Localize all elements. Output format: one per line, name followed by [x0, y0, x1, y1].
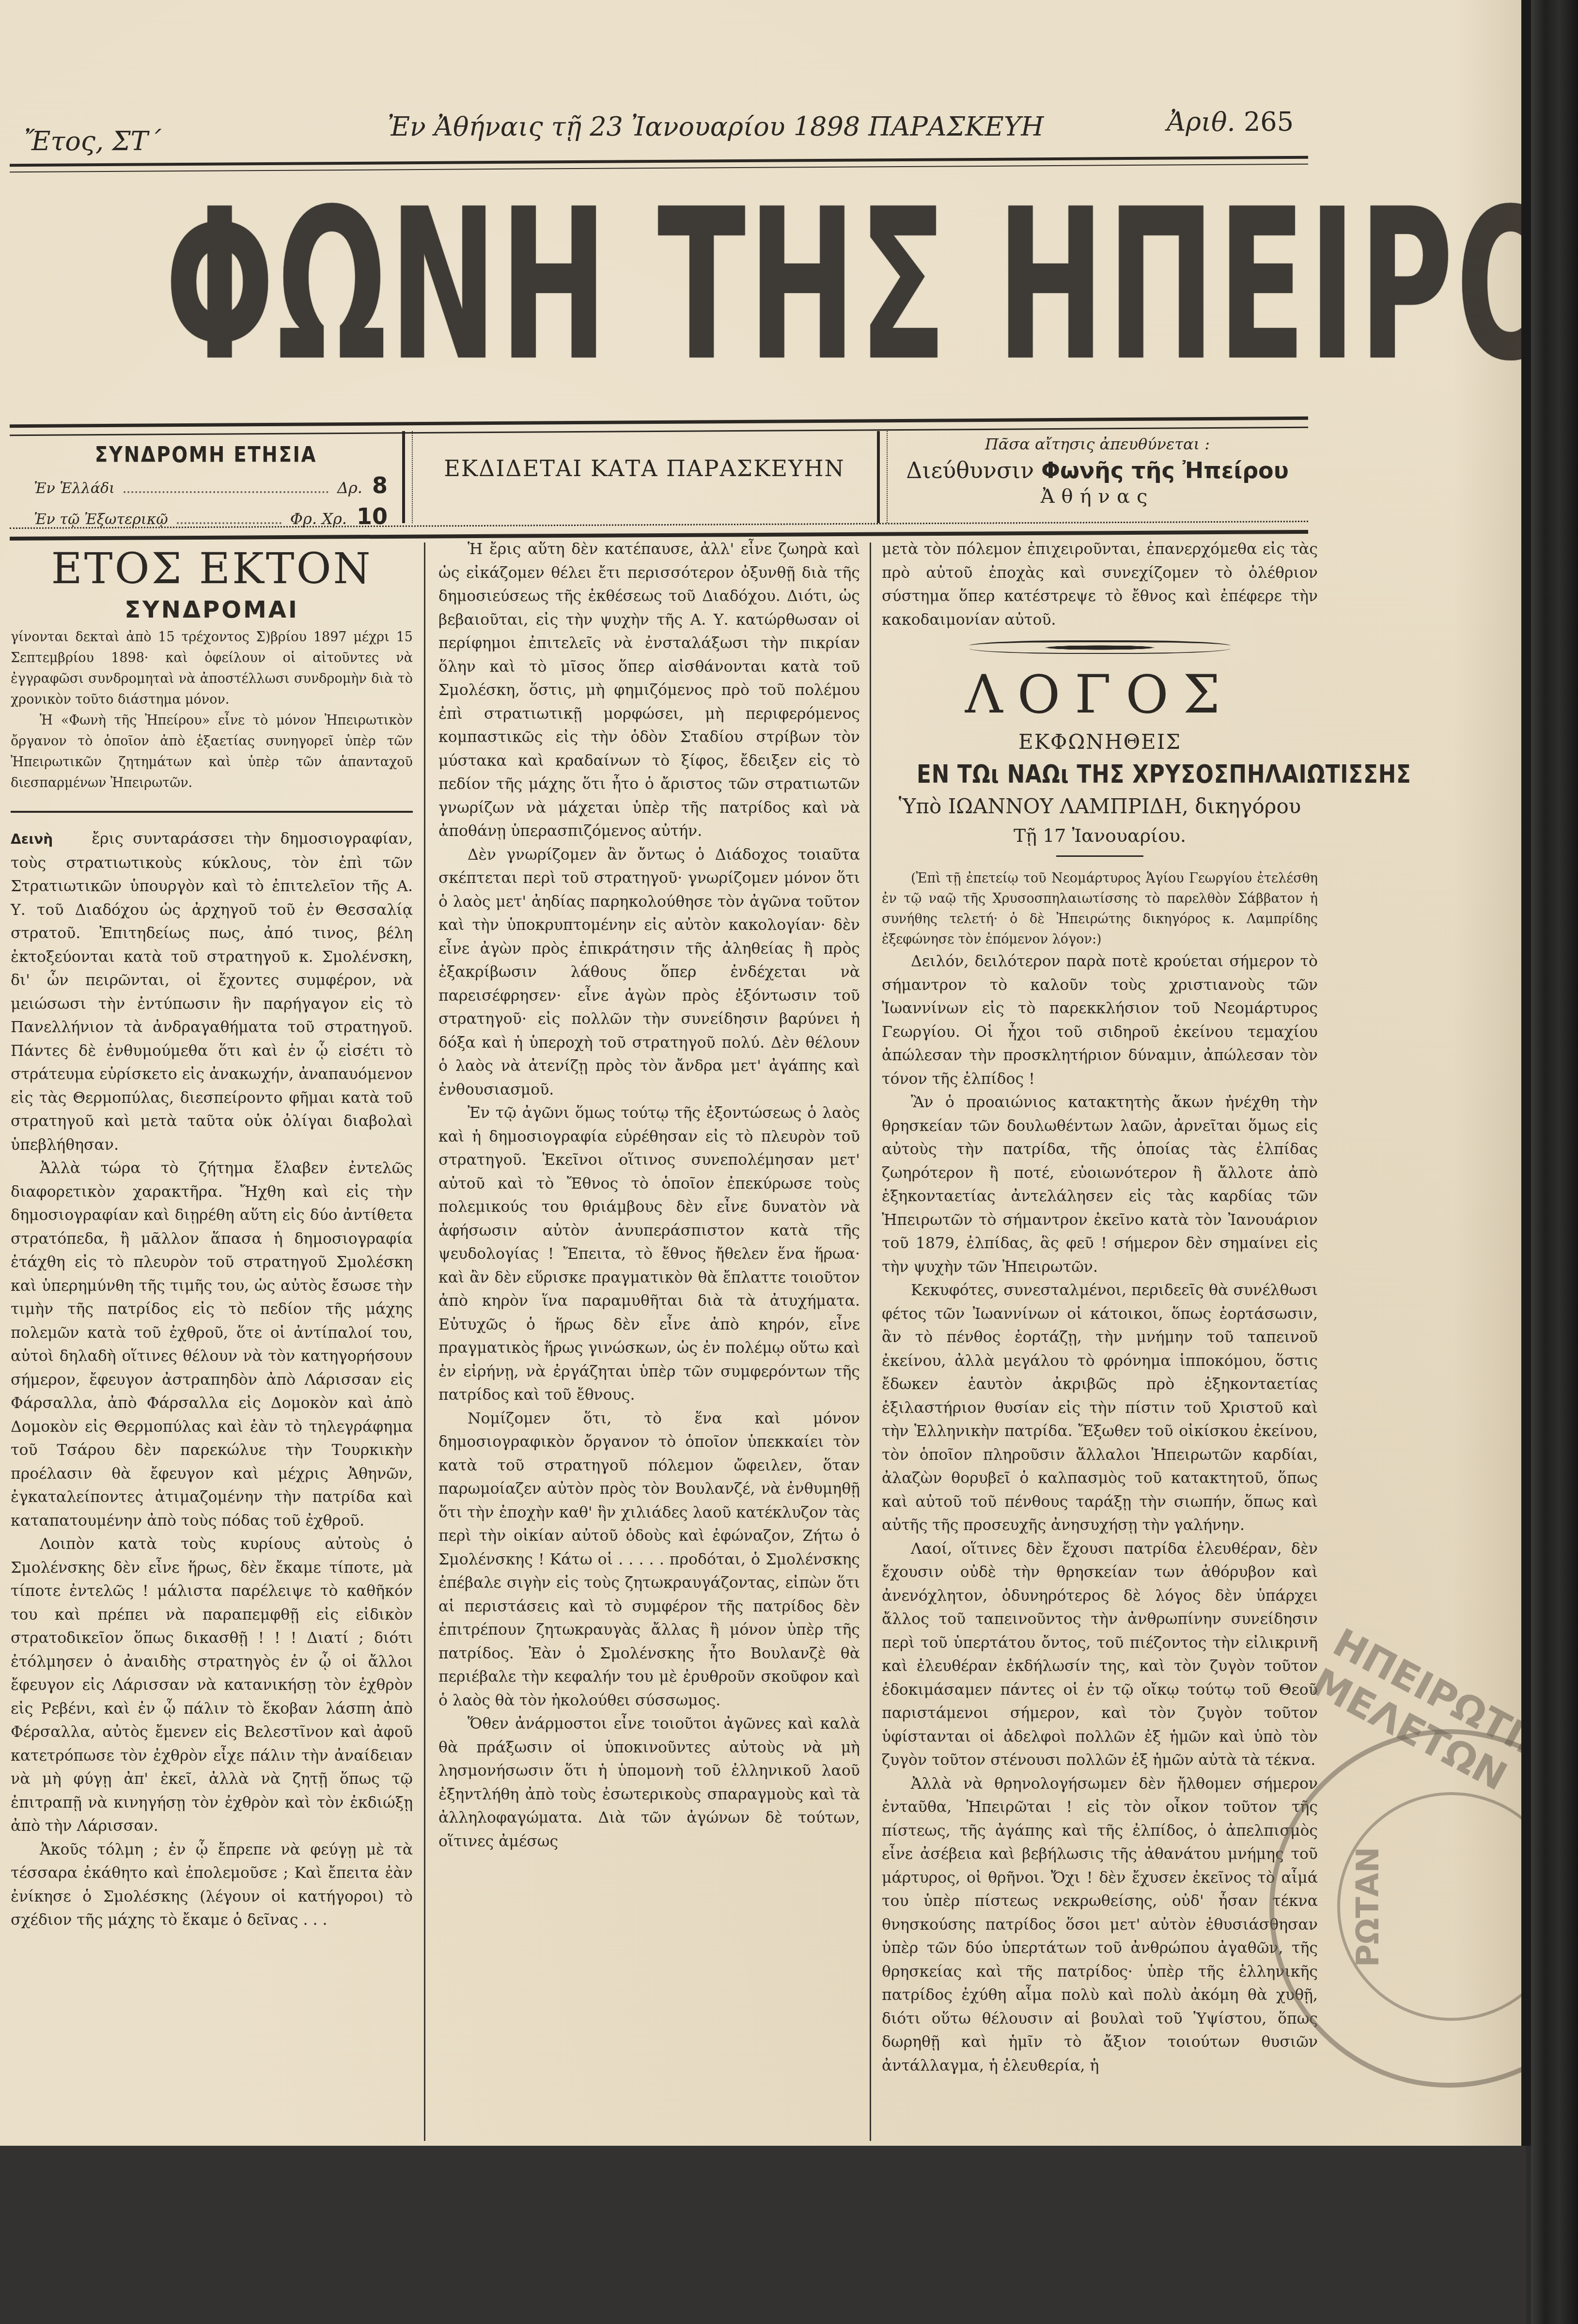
subscription-place: Ἐν τῷ Ἐξωτερικῷ: [34, 511, 168, 528]
column-1: ΕΤΟΣ ΕΚΤΟΝ ΣΥΝΔΡΟΜΑΙ γίνονται δεκταὶ ἀπὸ…: [11, 538, 413, 1932]
notice-paragraph: γίνονται δεκταὶ ἀπὸ 15 τρέχοντος Σ)βρίου…: [11, 627, 413, 710]
subscription-unit: Δρ.: [337, 479, 362, 497]
short-rule: [1056, 855, 1143, 857]
speech-byline: Ὑπὸ ΙΩΑΝΝΟΥ ΛΑΜΠΡΙΔΗ, δικηγόρου: [882, 791, 1318, 821]
address-city: Ἀθήνας: [891, 485, 1303, 508]
header-topline: Ἔτος, ΣΤ΄ Ἐν Ἀθήναις τῇ 23 Ἰανουαρίου 18…: [10, 107, 1308, 160]
notice-paragraph: Ἡ «Φωνὴ τῆς Ἠπείρου» εἶνε τὸ μόνον Ἠπειρ…: [11, 710, 413, 793]
section-rule: [11, 811, 413, 813]
ornamental-divider: [969, 640, 1231, 654]
subscription-row-domestic: Ἐν Ἑλλάδι Δρ. 8: [19, 472, 392, 498]
issue-value: 265: [1244, 107, 1294, 137]
subscription-unit: Φρ. Χρ.: [290, 510, 347, 528]
page-edge-shadow: [1453, 0, 1526, 2146]
subscription-title: ΣΥΝΔΡΟΜΗ ΕΤΗΣΙΑ: [42, 431, 370, 467]
article-paragraph: Δὲν γνωρίζομεν ἂν ὄντως ὁ Διάδοχος τοιαῦ…: [438, 843, 860, 1102]
issue-label: Ἀριθ.: [1167, 107, 1235, 137]
publication-schedule: ΕΚΔΙΔΕΤΑΙ ΚΑΤΑ ΠΑΡΑΣΚΕΥΗΝ: [426, 455, 862, 481]
vertical-divider: [402, 431, 413, 523]
address-line1: Πᾶσα αἴτησις ἀπευθύνεται :: [891, 435, 1303, 453]
column-divider: [424, 542, 425, 2141]
speech-paragraph: Ἀλλὰ νὰ θρηνολογήσωμεν δὲν ἤλθομεν σήμερ…: [882, 1772, 1318, 2078]
subscription-notice: γίνονται δεκταὶ ἀπὸ 15 τρέχοντος Σ)βρίου…: [11, 627, 413, 793]
address-newspaper-name: Φωνῆς τῆς Ἠπείρου: [1041, 457, 1289, 483]
column-3: μετὰ τὸν πόλεμον ἐπιχειροῦνται, ἐπανερχό…: [882, 538, 1318, 2077]
article-paragraph: Ὅθεν ἀνάρμοστοι εἶνε τοιοῦτοι ἀγῶνες καὶ…: [438, 1712, 860, 1853]
subscription-box: ΣΥΝΔΡΟΜΗ ΕΤΗΣΙΑ Ἐν Ἑλλάδι Δρ. 8 Ἐν τῷ Ἐξ…: [19, 431, 392, 523]
dateline: Ἐν Ἀθήναις τῇ 23 Ἰανουαρίου 1898 ΠΑΡΑΣΚΕ…: [388, 111, 1044, 142]
subscriptions-heading: ΣΥΝΔΡΟΜΑΙ: [11, 593, 413, 627]
article-paragraph: Ἡ ἔρις αὕτη δὲν κατέπαυσε, ἀλλ' εἶνε ζωη…: [438, 538, 860, 843]
article-paragraph: Δεινὴἔρις συνταράσσει τὴν δημοσιογραφίαν…: [11, 827, 413, 1157]
article-paragraph: Ἐν τῷ ἀγῶνι ὅμως τούτῳ τῆς ἐξοντώσεως ὁ …: [438, 1101, 860, 1407]
leader-dots: [124, 491, 328, 493]
leader-dots: [177, 522, 281, 524]
newspaper-page: Ἔτος, ΣΤ΄ Ἐν Ἀθήναις τῇ 23 Ἰανουαρίου 18…: [0, 0, 1526, 2146]
lead-word: Δεινὴ: [11, 831, 53, 847]
speech-paragraph: Ἂν ὁ προαιώνιος κατακτητὴς ἄκων ἠνέχθη τ…: [882, 1091, 1318, 1279]
address-line2: Διεύθυνσιν Φωνῆς τῆς Ἠπείρου: [891, 457, 1303, 483]
speech-paragraph: Κεκυφότες, συνεσταλμένοι, περιδεεῖς θὰ σ…: [882, 1279, 1318, 1537]
speech-date: Τῇ 17 Ἰανουαρίου.: [882, 821, 1318, 850]
year-label: Ἔτος, ΣΤ΄: [24, 126, 161, 156]
speech-paragraph: Δειλόν, δειλότερον παρὰ ποτὲ κρούεται σή…: [882, 950, 1318, 1091]
address-prefix: Διεύθυνσιν: [906, 457, 1034, 483]
speech-intro: (Ἐπὶ τῇ ἐπετείῳ τοῦ Νεομάρτυρος Ἁγίου Γε…: [882, 868, 1318, 950]
subscription-price: 8: [372, 472, 388, 498]
article-paragraph: Ἀκοῦς τόλμη ; ἐν ᾧ ἔπρεπε νὰ φεύγῃ μὲ τὰ…: [11, 1838, 413, 1932]
vertical-divider: [877, 431, 888, 523]
article-paragraph: Ἀλλὰ τώρα τὸ ζήτημα ἔλαβεν ἐντελῶς διαφο…: [11, 1157, 413, 1533]
speech-subtitle: ΕΚΦΩΝΗΘΕΙΣ: [882, 727, 1318, 758]
continuation-paragraph: μετὰ τὸν πόλεμον ἐπιχειροῦνται, ἐπανερχό…: [882, 538, 1318, 632]
speech-paragraph: Λαοί, οἵτινες δὲν ἔχουσι πατρίδα ἐλευθέρ…: [882, 1537, 1318, 1772]
info-strip: ΣΥΝΔΡΟΜΗ ΕΤΗΣΙΑ Ἐν Ἑλλάδι Δρ. 8 Ἐν τῷ Ἐξ…: [10, 431, 1308, 528]
masthead-title: ΦΩΝΗ ΤΗΣ ΗΠΕΙΡΟΥ: [165, 174, 766, 397]
column-divider: [870, 542, 871, 2141]
subscription-place: Ἐν Ἑλλάδι: [34, 480, 115, 497]
scan-background: [0, 2146, 1526, 2324]
speech-venue: ΕΝ ΤΩι ΝΑΩι ΤΗΣ ΧΡΥΣΟΣΠΗΛΑΙΩΤΙΣΣΗΣ: [917, 758, 1283, 791]
issue-number: Ἀριθ. 265: [1167, 107, 1294, 137]
book-binding: [1531, 0, 1578, 2324]
address-box: Πᾶσα αἴτησις ἀπευθύνεται : Διεύθυνσιν Φω…: [891, 431, 1303, 508]
column-2: Ἡ ἔρις αὕτη δὲν κατέπαυσε, ἀλλ' εἶνε ζωη…: [438, 538, 860, 1853]
article-paragraph: Νομίζομεν ὅτι, τὸ ἕνα καὶ μόνον δημοσιογ…: [438, 1407, 860, 1713]
stamp-inner-text: ΡΩΤΑΝ: [1350, 1847, 1386, 1967]
year-six-heading: ΕΤΟΣ ΕΚΤΟΝ: [11, 544, 413, 593]
article-paragraph: Λοιπὸν κατὰ τοὺς κυρίους αὐτοὺς ὁ Σμολέν…: [11, 1533, 413, 1838]
speech-title: ΛΟΓΟΣ: [882, 664, 1318, 727]
